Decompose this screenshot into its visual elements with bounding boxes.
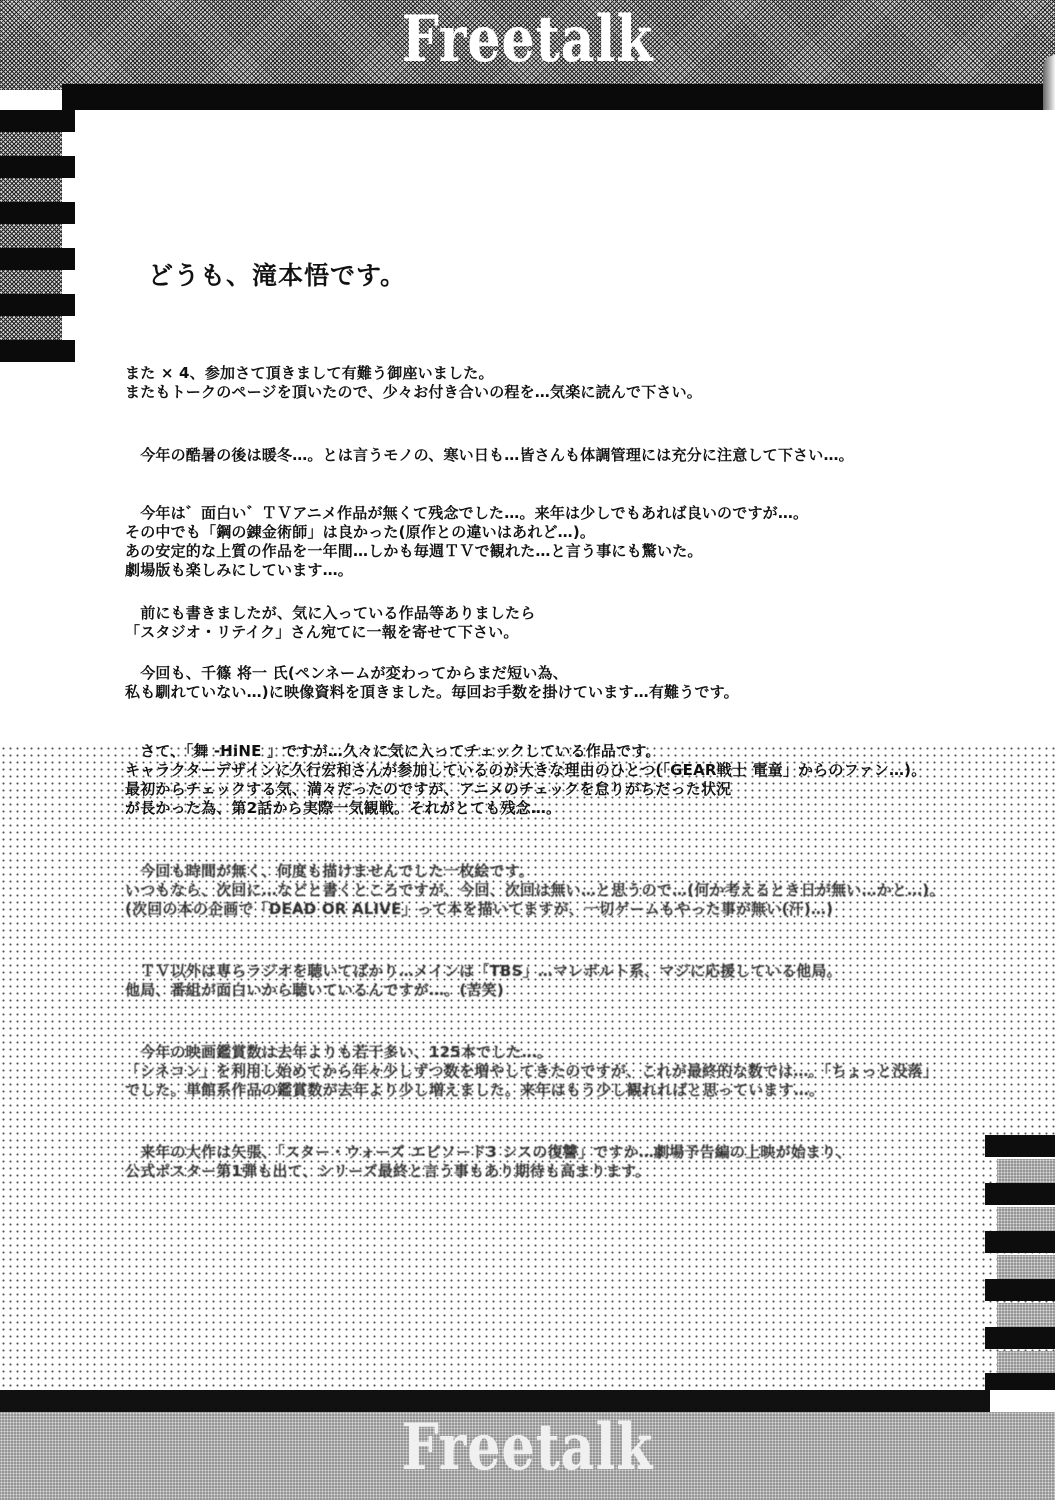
tab-stripe xyxy=(997,1303,1055,1327)
tab-stripe xyxy=(997,1207,1055,1231)
tab-stripe xyxy=(985,1231,1055,1253)
paragraph-6: さて、「舞 -HiNE 」ですが…久々に気に入ってチェックしている作品です。 キ… xyxy=(125,742,926,818)
stripe xyxy=(0,340,75,362)
left-stripe-decoration xyxy=(0,90,75,375)
freetalk-title-top: Freetalk xyxy=(95,2,960,77)
paragraph-8: ＴＶ以外は専らラジオを聴いてばかり…メインは「TBS」…マレボルト系、マジに応援… xyxy=(125,962,842,1000)
tab-stripe xyxy=(985,1135,1055,1157)
greeting-heading: どうも、滝本悟です。 xyxy=(148,256,406,292)
stripe xyxy=(0,224,62,248)
tab-stripe xyxy=(985,1279,1055,1301)
paragraph-1: また × 4、参加さて頂きまして有難う御座いました。 またもトークのページを頂い… xyxy=(125,364,702,402)
paragraph-2: 今年の酷暑の後は暖冬…。とは言うモノの、寒い日も…皆さんも体調管理には充分に注意… xyxy=(125,446,854,465)
paragraph-5: 今回も、千篠 将一 氏(ペンネームが変わってからまだ短い為、 私も馴れていない…… xyxy=(125,664,739,702)
paragraph-3: 今年は゛面白い゛ＴＶアニメ作品が無くて残念でした…。来年は少しでもあれば良いので… xyxy=(125,504,808,580)
stripe xyxy=(0,132,62,156)
tab-stripe xyxy=(985,1327,1055,1349)
paragraph-9: 今年の映画鑑賞数は去年よりも若干多い、125本でした…。 「シネコン」を利用し始… xyxy=(125,1043,938,1100)
paragraph-7: 今回も時間が無く、何度も描けませんでした一枚絵です。 いつもなら、次回に…などと… xyxy=(125,862,945,919)
freetalk-title-bottom: Freetalk xyxy=(95,1410,960,1485)
tab-stripe xyxy=(997,1255,1055,1279)
stripe xyxy=(0,294,75,316)
tab-stripe xyxy=(985,1373,1055,1390)
stripe xyxy=(0,178,62,202)
tab-stripe xyxy=(985,1183,1055,1205)
stripe xyxy=(0,110,75,132)
tab-stripe xyxy=(997,1351,1055,1375)
paragraph-4: 前にも書きましたが、気に入っている作品等ありましたら 「スタジオ・リテイク」さん… xyxy=(125,604,535,642)
paragraph-10: 来年の大作は矢張、「スター・ウォーズ エピソード3 シスの復讐」ですか…劇場予告… xyxy=(125,1143,852,1181)
right-tab-decoration xyxy=(985,1135,1055,1390)
header-black-bar xyxy=(62,84,1055,110)
stripe xyxy=(0,248,75,270)
stripe xyxy=(0,270,62,294)
stripe xyxy=(0,316,62,340)
tab-stripe xyxy=(997,1159,1055,1183)
stripe xyxy=(0,156,75,178)
stripe xyxy=(0,202,75,224)
footer-black-bar xyxy=(0,1390,990,1412)
